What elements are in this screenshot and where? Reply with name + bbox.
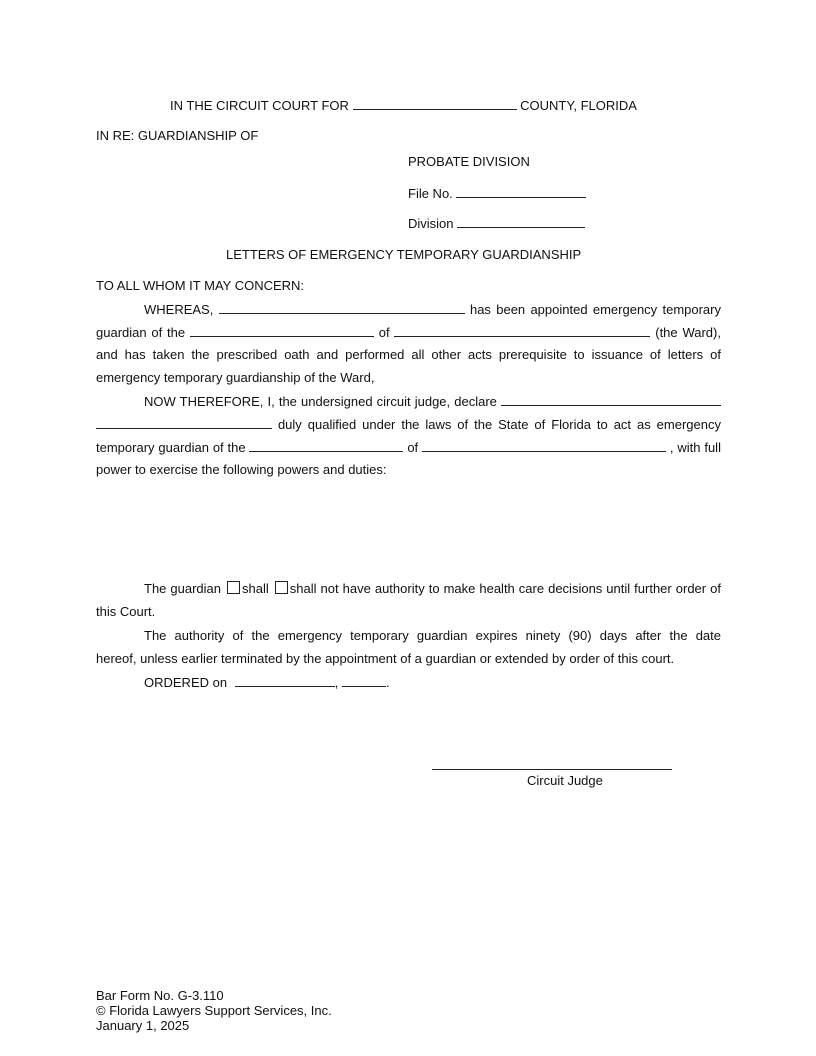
footer-form-no: Bar Form No. G-3.110	[96, 988, 224, 1003]
now-therefore-text: duly qualified under the laws of the Sta…	[278, 417, 721, 432]
whereas-line-2: guardian of the of (the Ward),	[96, 324, 721, 341]
whereas-text: has been appointed emergency temporary	[470, 302, 721, 317]
shall-checkbox[interactable]	[227, 581, 240, 594]
ordered-year-field[interactable]	[342, 674, 386, 687]
health-care-text: have authority to make health care decis…	[343, 581, 721, 596]
expiry-line-2: hereof, unless earlier terminated by the…	[96, 651, 674, 667]
file-no-field[interactable]	[456, 185, 586, 198]
ward-name-field[interactable]	[394, 324, 650, 337]
court-suffix: COUNTY, FLORIDA	[520, 98, 637, 113]
health-care-text: The guardian	[144, 581, 221, 596]
shall-not-checkbox[interactable]	[275, 581, 288, 594]
shall-not-label: shall not	[290, 581, 339, 596]
circuit-judge-label: Circuit Judge	[527, 773, 603, 789]
shall-label: shall	[242, 581, 269, 596]
person-property-field[interactable]	[190, 324, 374, 337]
whereas-text: WHEREAS,	[144, 302, 213, 317]
ward-name-field-2[interactable]	[422, 439, 666, 452]
whereas-line-3: and has taken the prescribed oath and pe…	[96, 347, 721, 363]
health-care-line-2: this Court.	[96, 604, 155, 620]
ordered-line: ORDERED on , .	[144, 674, 390, 691]
whereas-line-1: WHEREAS, has been appointed emergency te…	[144, 301, 721, 318]
division-field[interactable]	[457, 215, 585, 228]
division-row: Division	[408, 215, 585, 232]
expiry-line-1: The authority of the emergency temporary…	[144, 628, 721, 644]
whereas-line-4: emergency temporary guardianship of the …	[96, 370, 374, 386]
court-heading: IN THE CIRCUIT COURT FOR COUNTY, FLORIDA	[170, 97, 637, 114]
ordered-period: .	[386, 675, 390, 690]
salutation: TO ALL WHOM IT MAY CONCERN:	[96, 278, 304, 294]
ordered-label: ORDERED on	[144, 675, 227, 690]
person-property-field-2[interactable]	[249, 439, 403, 452]
now-therefore-line-2: duly qualified under the laws of the Sta…	[96, 416, 721, 433]
declared-guardian-field-b[interactable]	[96, 416, 272, 429]
ordered-separator: ,	[335, 675, 339, 690]
division-label: Division	[408, 216, 454, 231]
footer-copyright: © Florida Lawyers Support Services, Inc.	[96, 1003, 332, 1018]
in-re-label: IN RE: GUARDIANSHIP OF	[96, 128, 258, 144]
now-therefore-line-4: power to exercise the following powers a…	[96, 462, 387, 478]
ordered-date-field[interactable]	[235, 674, 335, 687]
health-care-line-1: The guardian shall shall not have author…	[144, 581, 721, 597]
now-therefore-line-1: NOW THEREFORE, I, the undersigned circui…	[144, 393, 721, 410]
document-title: LETTERS OF EMERGENCY TEMPORARY GUARDIANS…	[226, 247, 581, 263]
signature-line[interactable]	[432, 769, 672, 770]
guardian-name-field[interactable]	[219, 301, 465, 314]
now-therefore-text: , with full	[670, 440, 721, 455]
court-prefix: IN THE CIRCUIT COURT FOR	[170, 98, 349, 113]
county-field[interactable]	[353, 97, 517, 110]
file-no-row: File No.	[408, 185, 586, 202]
whereas-text: guardian of the	[96, 325, 185, 340]
now-therefore-text: of	[407, 440, 418, 455]
now-therefore-text: temporary guardian of the	[96, 440, 246, 455]
whereas-text: of	[379, 325, 390, 340]
now-therefore-line-3: temporary guardian of the of , with full	[96, 439, 721, 456]
now-therefore-text: NOW THEREFORE, I, the undersigned circui…	[144, 394, 497, 409]
probate-division-label: PROBATE DIVISION	[408, 154, 530, 170]
whereas-text: (the Ward),	[655, 325, 721, 340]
file-no-label: File No.	[408, 186, 453, 201]
footer-date: January 1, 2025	[96, 1018, 189, 1033]
declared-guardian-field-a[interactable]	[501, 393, 721, 406]
